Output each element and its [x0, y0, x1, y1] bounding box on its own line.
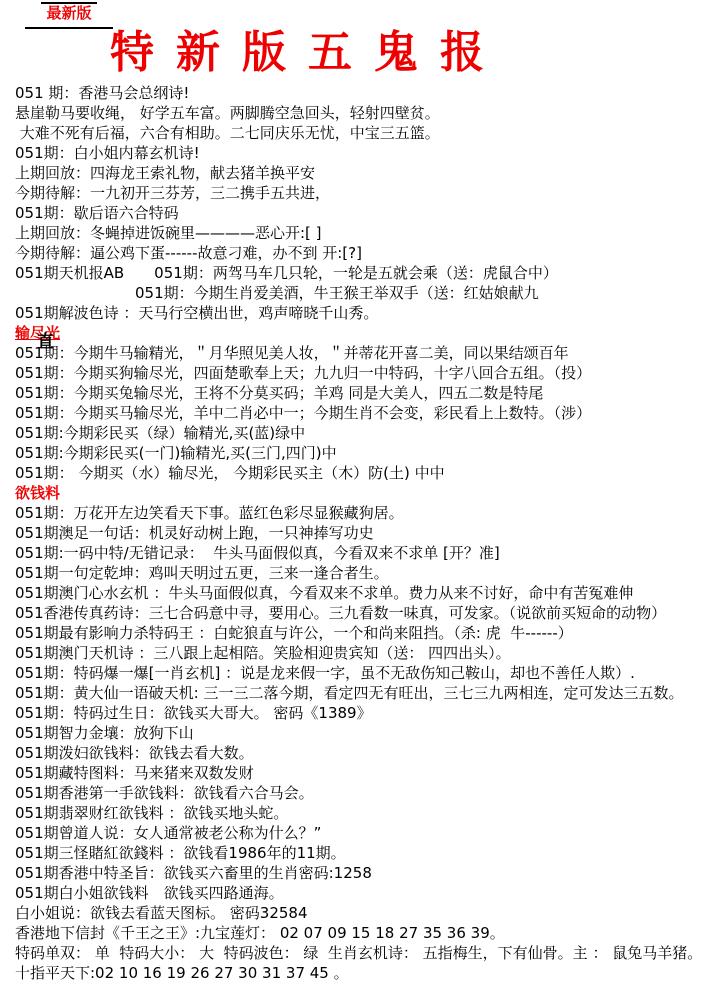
- text-line-content: 051期：今期生肖爱美酒，牛王猴王举双手（送：红姑娘献九: [135, 284, 539, 302]
- text-line-content: 051期解波色诗 ：天马行空横出世，鸡声啼晓千山秀。: [15, 304, 378, 322]
- text-line: 051期澳足一句话：机灵好动树上跑，一只神捧写功史: [15, 523, 707, 543]
- text-line-content: 051期香港中特圣旨：欲钱买六畜里的生肖密码:1258: [15, 864, 372, 882]
- text-line-content: 大难不死有后福，六合有相助。二七同庆乐无忧，中宝三五篮。: [15, 124, 440, 142]
- text-line: 051期:一码中特/无错记录： 牛头马面假似真，今看双来不求单 [开？准]: [15, 543, 707, 563]
- text-line: 上期回放：四海龙王索礼物，献去猪羊换平安: [15, 163, 707, 183]
- text-line-content: 悬崖勒马要收绳， 好学五车富。两脚腾空急回头，轻射四壁贫。: [15, 104, 440, 122]
- text-line: 051期最有影响力杀特码王 ：白蛇狼直与许公，一个和尚来阻挡。（杀: 虎 牛--…: [15, 623, 707, 643]
- text-line-content: 051期曾道人说：女人通常被老公称为什么？”: [15, 824, 321, 842]
- text-line-content: 051期：今期买兔输尽光，王将不分莫买码；羊鸡 同是大美人，四五二数是特尾: [15, 384, 543, 402]
- text-line-content: 香港地下信封《千王之王》:九宝莲灯： 02 07 09 15 18 27 35 …: [15, 924, 505, 942]
- text-line-content: 特码单双： 单 特码大小： 大 特码波色： 绿 生肖玄机诗： 五指梅生，下有仙骨…: [15, 944, 702, 962]
- text-line: 051期三怪賭紅欲錢料 ：欲钱看1986年的11期。: [15, 843, 707, 863]
- text-line: 051期香港第一手欲钱料：欲钱看六合马会。: [15, 783, 707, 803]
- text-line-content: 051期：白小姐内幕玄机诗!: [15, 144, 200, 162]
- text-line: 051香港传真药诗：三七合码意中寻，要用心。三九看数一味真，可发家。（说欲前买短…: [15, 603, 707, 623]
- section-header: 欲钱料: [15, 483, 707, 503]
- text-line-content: 051期天机报AB 051期：两驾马车几只轮，一轮是五就会乘（送：虎鼠合中）: [15, 264, 558, 282]
- text-line: 051期一句定乾坤：鸡叫天明过五更，三来一逢合者生。: [15, 563, 707, 583]
- edition-badge: 最新版: [25, 2, 113, 29]
- text-line-content: 051期：特码过生日：欲钱买大哥大。 密码《1389》: [15, 704, 372, 722]
- text-line: 051期：白小姐内幕玄机诗!: [15, 143, 707, 163]
- text-line-content: 白小姐说：欲钱去看蓝天图标。 密码32584: [15, 904, 308, 922]
- text-line: 上期回放：冬蝇掉进饭碗里————恶心开:[ ]: [15, 223, 707, 243]
- text-line-content: 051期一句定乾坤：鸡叫天明过五更，三来一逢合者生。: [15, 564, 389, 582]
- text-line: 051期曾道人说：女人通常被老公称为什么？”: [15, 823, 707, 843]
- text-line: 051期：黄大仙一语破天机: 三一三二落今期，看定四无有旺出，三七三九两相连，定…: [15, 683, 707, 703]
- text-line: 悬崖勒马要收绳， 好学五车富。两脚腾空急回头，轻射四壁贫。: [15, 103, 707, 123]
- text-line-content: 051期香港第一手欲钱料：欲钱看六合马会。: [15, 784, 314, 802]
- text-line: 051期智力金壤：放狗下山: [15, 723, 707, 743]
- text-line-content: 上期回放：四海龙王索礼物，献去猪羊换平安: [15, 164, 315, 182]
- page-header: 最新版 特新版五鬼报: [0, 0, 711, 77]
- text-line-content: 十指平天下:02 10 16 19 26 27 30 31 37 45 。: [15, 964, 349, 982]
- text-line-content: 今期待解：逼公鸡下蛋------故意刁难，办不到 开:[?]: [15, 244, 362, 262]
- text-line-content: 051期澳门心水玄机 ：牛头马面假似真，今看双来不求单。费力从来不讨好，命中有苦…: [15, 584, 633, 602]
- text-line: 051期翡翠财红欲钱料 ：欲钱买地头蛇。: [15, 803, 707, 823]
- text-line-content: 051期澳足一句话：机灵好动树上跑，一只神捧写功史: [15, 524, 374, 542]
- text-line: 051期：今期买狗输尽光，四面楚歌奉上天；九九归一中特码，十字八回合五组。（投）: [15, 363, 707, 383]
- text-line-content: 上期回放：冬蝇掉进饭碗里————恶心开:[ ]: [15, 224, 322, 242]
- text-line: 白小姐说：欲钱去看蓝天图标。 密码32584: [15, 903, 707, 923]
- text-line-content: 051期泼妇欲钱料：欲钱去看大数。: [15, 744, 254, 762]
- text-line: 051期香港中特圣旨：欲钱买六畜里的生肖密码:1258: [15, 863, 707, 883]
- text-line: 051期泼妇欲钱料：欲钱去看大数。: [15, 743, 707, 763]
- page: 最新版 特新版五鬼报 051 期：香港马会总纲诗!悬崖勒马要收绳， 好学五车富。…: [0, 0, 711, 987]
- text-line: 051期白小姐欲钱料 欲钱买四路通海。: [15, 883, 707, 903]
- text-line: 051期：今期买兔输尽光，王将不分莫买码；羊鸡 同是大美人，四五二数是特尾: [15, 383, 707, 403]
- text-line: 十指平天下:02 10 16 19 26 27 30 31 37 45 。: [15, 963, 707, 983]
- overlay-char: 直: [37, 332, 54, 352]
- text-line-content: 051 期：香港马会总纲诗!: [15, 84, 189, 102]
- text-line: 051期:今期彩民买(一门)输精光,买(三门,四门)中: [15, 443, 707, 463]
- text-line: 051期：万花开左边笑看天下事。蓝红色彩尽显猴藏狗居。: [15, 503, 707, 523]
- text-line-content: 051期:一码中特/无错记录： 牛头马面假似真，今看双来不求单 [开？准]: [15, 544, 500, 562]
- text-line: 051期天机报AB 051期：两驾马车几只轮，一轮是五就会乘（送：虎鼠合中）: [15, 263, 707, 283]
- text-line-content: 051期三怪賭紅欲錢料 ：欲钱看1986年的11期。: [15, 844, 346, 862]
- text-line: 051期澳门天机诗 ：三八跟上起相陪。笑脸相迎贵宾知（送： 四四出头）。: [15, 643, 707, 663]
- text-line-content: 051期藏特图料：马来猪来双数发财: [15, 764, 254, 782]
- text-line-content: 051期：歇后语六合特码: [15, 204, 179, 222]
- page-title: 特新版五鬼报: [110, 29, 711, 77]
- text-line: 051期:今期彩民买（绿）输精光,买(蓝)绿中: [15, 423, 707, 443]
- text-line-content: 051期：特码爆一爆[一肖玄机] ：说是龙来假一字，虽不无敌伤知己鞍山，却也不善…: [15, 664, 635, 682]
- section-header: 输尽光直: [15, 323, 707, 343]
- text-line-content: 051期：黄大仙一语破天机: 三一三二落今期，看定四无有旺出，三七三九两相连，定…: [15, 684, 683, 702]
- text-line-content: 今期待解：一九初开三芬芳，三二携手五共进，: [15, 184, 330, 202]
- text-line: 051期：歇后语六合特码: [15, 203, 707, 223]
- text-line: 051期：今期生肖爱美酒，牛王猴王举双手（送：红姑娘献九: [15, 283, 707, 303]
- text-line-content: 051期白小姐欲钱料 欲钱买四路通海。: [15, 884, 284, 902]
- text-line: 051 期：香港马会总纲诗!: [15, 83, 707, 103]
- text-line-content: 051期澳门天机诗 ：三八跟上起相陪。笑脸相迎贵宾知（送： 四四出头）。: [15, 644, 511, 662]
- text-line-content: 051期： 今期买（水）输尽光， 今期彩民买主（木）防(土) 中中: [15, 464, 445, 482]
- text-line: 特码单双： 单 特码大小： 大 特码波色： 绿 生肖玄机诗： 五指梅生，下有仙骨…: [15, 943, 707, 963]
- text-line: 今期待解：逼公鸡下蛋------故意刁难，办不到 开:[?]: [15, 243, 707, 263]
- text-line: 051期澳门心水玄机 ：牛头马面假似真，今看双来不求单。费力从来不讨好，命中有苦…: [15, 583, 707, 603]
- text-line: 今期待解：一九初开三芬芳，三二携手五共进，: [15, 183, 707, 203]
- text-line: 051期：今期买马输尽光，羊中二肖必中一；今期生肖不会变，彩民看上上数特。（涉）: [15, 403, 707, 423]
- text-line: 051期：特码爆一爆[一肖玄机] ：说是龙来假一字，虽不无敌伤知己鞍山，却也不善…: [15, 663, 707, 683]
- text-line: 大难不死有后福，六合有相助。二七同庆乐无忧，中宝三五篮。: [15, 123, 707, 143]
- text-line-content: 051期:今期彩民买(一门)输精光,买(三门,四门)中: [15, 444, 337, 462]
- text-line-content: 051期翡翠财红欲钱料 ：欲钱买地头蛇。: [15, 804, 288, 822]
- text-line: 051期：今期牛马输精光，＂月华照见美人妆，＂并蒂花开喜二美，同以果结颂百年: [15, 343, 707, 363]
- content: 051 期：香港马会总纲诗!悬崖勒马要收绳， 好学五车富。两脚腾空急回头，轻射四…: [0, 81, 711, 987]
- text-line-content: 051期最有影响力杀特码王 ：白蛇狼直与许公，一个和尚来阻挡。（杀: 虎 牛--…: [15, 624, 573, 642]
- text-line: 051期藏特图料：马来猪来双数发财: [15, 763, 707, 783]
- edition-badge-label: 最新版: [41, 2, 96, 27]
- text-line: 051期解波色诗 ：天马行空横出世，鸡声啼晓千山秀。: [15, 303, 707, 323]
- text-line-content: 051期：万花开左边笑看天下事。蓝红色彩尽显猴藏狗居。: [15, 504, 404, 522]
- text-line-content: 051期：今期买马输尽光，羊中二肖必中一；今期生肖不会变，彩民看上上数特。（涉）: [15, 404, 591, 422]
- text-line: 051期：特码过生日：欲钱买大哥大。 密码《1389》: [15, 703, 707, 723]
- text-line-content: 051期:今期彩民买（绿）输精光,买(蓝)绿中: [15, 424, 305, 442]
- text-line: 051期： 今期买（水）输尽光， 今期彩民买主（木）防(土) 中中: [15, 463, 707, 483]
- text-line: 香港地下信封《千王之王》:九宝莲灯： 02 07 09 15 18 27 35 …: [15, 923, 707, 943]
- text-line-content: 051期：今期牛马输精光，＂月华照见美人妆，＂并蒂花开喜二美，同以果结颂百年: [15, 344, 569, 362]
- text-line-content: 051期：今期买狗输尽光，四面楚歌奉上天；九九归一中特码，十字八回合五组。（投）: [15, 364, 591, 382]
- text-line-content: 051期智力金壤：放狗下山: [15, 724, 194, 742]
- section-header-label: 欲钱料: [15, 484, 60, 502]
- text-line-content: 051香港传真药诗：三七合码意中寻，要用心。三九看数一味真，可发家。（说欲前买短…: [15, 604, 666, 622]
